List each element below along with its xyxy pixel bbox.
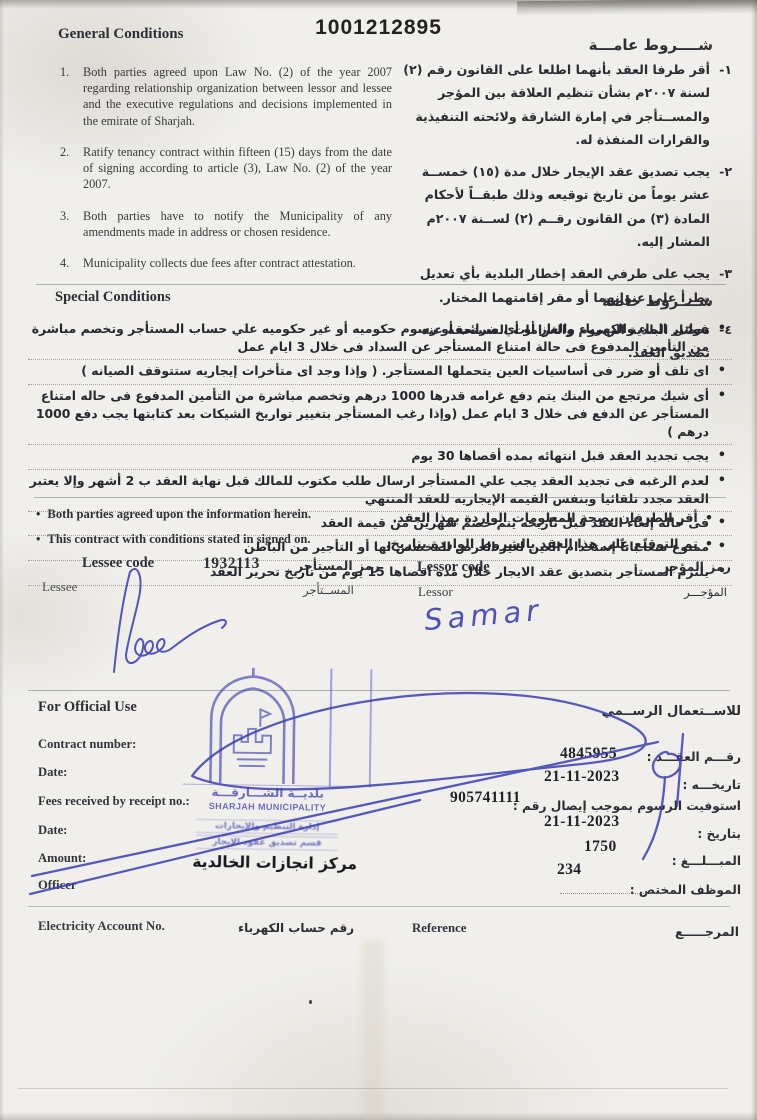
bullet: • xyxy=(716,538,726,557)
special-conditions-title-en: Special Conditions xyxy=(55,289,171,306)
item-number: ١- xyxy=(716,58,732,151)
item-number: ٢- xyxy=(716,160,732,253)
section-divider xyxy=(36,284,726,285)
stamp-service-center-name: مركز انجازات الخالدية xyxy=(184,853,366,874)
special-item: •أى شيك مرتجع من البنك يتم دفع غرامه قدر… xyxy=(28,385,732,445)
bullet: • xyxy=(716,514,726,533)
general-item-en: 4.Municipality collects due fees after c… xyxy=(60,255,392,271)
date2-label-en: Date: xyxy=(38,823,67,838)
amount-value: 1750 xyxy=(584,838,617,856)
fees-receipt-value: 905741111 xyxy=(450,789,521,807)
official-use-title-en: For Official Use xyxy=(38,699,137,716)
item-text: فواتير الماء والكهرباء والغاز أو أي ضرائ… xyxy=(28,320,709,356)
bullet: • xyxy=(716,320,726,356)
statement-ar: •أقر الطرفان بصحة المعلومات الواردة بهذا… xyxy=(386,506,713,532)
municipality-arch-logo-icon xyxy=(193,665,313,787)
statements-ar: •أقر الطرفان بصحة المعلومات الواردة بهذا… xyxy=(386,506,713,558)
officer-dotted-line xyxy=(560,893,668,894)
lessor-label-ar: المؤجـــر xyxy=(684,585,727,599)
amount-label-ar: المبـــلـــغ : xyxy=(672,854,741,868)
scan-edge-left xyxy=(0,0,4,1120)
bullet: • xyxy=(705,506,713,532)
electricity-account-label-en: Electricity Account No. xyxy=(38,919,165,934)
electricity-account-label-ar: رقم حساب الكهرباء xyxy=(238,921,354,935)
scan-faint-line xyxy=(18,1088,728,1089)
official-use-title-ar: للاســتعمال الرســمي xyxy=(602,704,741,719)
statements-en: •Both parties agreed upon the informatio… xyxy=(36,502,311,551)
general-conditions-title-ar: شــــروط عامـــة xyxy=(589,36,713,54)
date-value: 21-11-2023 xyxy=(544,768,619,786)
contract-number-label-en: Contract number: xyxy=(38,737,136,752)
officer-label-en: Officer xyxy=(38,878,76,893)
bullet: • xyxy=(716,472,726,508)
bullet: • xyxy=(705,532,713,558)
general-conditions-list-en: 1.Both parties agreed upon Law No. (2) o… xyxy=(60,64,392,286)
special-item: •يجب تجديد العقد قبل انتهائه بمده أقصاها… xyxy=(28,445,732,470)
fees-receipt-label-en: Fees received by receipt no.: xyxy=(38,794,190,809)
item-number: 3. xyxy=(60,208,74,240)
statement-text: This contract with conditions stated in … xyxy=(47,527,310,552)
date-label-en: Date: xyxy=(38,765,67,780)
item-text: اى تلف أو ضرر فى أساسيات العين يتحملها ا… xyxy=(81,362,709,381)
section-divider xyxy=(34,497,726,498)
item-text: Both parties have to notify the Municipa… xyxy=(83,208,392,240)
stamp-department-line2: قسم تصديق عقود الإيجار xyxy=(196,835,338,851)
statement-en: •This contract with conditions stated in… xyxy=(36,527,311,552)
scan-edge-right xyxy=(751,0,757,1120)
item-text: أقر طرفا العقد بأنهما اطلعا على القانون … xyxy=(392,58,710,151)
lessee-label: Lessee xyxy=(42,579,77,595)
item-number: 1. xyxy=(60,64,74,129)
officer-label-ar: الموظف المختص : xyxy=(630,883,741,897)
item-text: يجب تصديق عقد الإيجار خلال مدة (١٥) خمسـ… xyxy=(392,160,710,253)
general-item-en: 3.Both parties have to notify the Munici… xyxy=(60,208,392,240)
item-text: Both parties agreed upon Law No. (2) of … xyxy=(83,64,392,129)
special-item: •اى تلف أو ضرر فى أساسيات العين يتحملها … xyxy=(28,360,732,385)
statement-text: Both parties agreed upon the information… xyxy=(47,502,311,527)
statement-text: تم التوقيع على هذا العقد بالشروط الواردة… xyxy=(386,532,698,558)
amount-label-en: Amount: xyxy=(38,851,86,866)
lessee-code-label-ar: رمز المستأجر xyxy=(296,558,380,573)
bullet: • xyxy=(716,447,726,466)
lessor-code-label: Lessor code xyxy=(417,559,490,576)
scan-fold-band xyxy=(362,940,384,1120)
bullet: • xyxy=(36,502,40,527)
item-number: 4. xyxy=(60,255,74,271)
bullet: • xyxy=(716,387,726,441)
item-text: أى شيك مرتجع من البنك يتم دفع غرامه قدره… xyxy=(28,387,709,441)
stamp-border-line xyxy=(329,669,333,787)
scanned-tenancy-contract-page: 1001212895 General Conditions شــــروط ع… xyxy=(0,0,757,1120)
contract-number-value: 4845955 xyxy=(560,745,617,763)
general-conditions-title-en: General Conditions xyxy=(58,26,183,43)
contract-number-label-ar: رقـــم العقـــد : xyxy=(647,750,741,764)
reference-label-en: Reference xyxy=(412,921,466,936)
item-text: Ratify tenancy contract within fifteen (… xyxy=(83,144,392,193)
reference-label-ar: المرجـــــع xyxy=(675,924,739,939)
lessor-label: Lessor xyxy=(418,584,453,600)
stamp-border-line xyxy=(369,669,373,787)
date2-value: 21-11-2023 xyxy=(544,813,619,831)
scan-edge-top-right xyxy=(517,0,757,16)
section-divider xyxy=(28,690,730,691)
general-item-en: 2.Ratify tenancy contract within fifteen… xyxy=(60,144,392,193)
officer-value: 234 xyxy=(557,861,581,879)
scan-speck xyxy=(309,1000,312,1004)
lessor-code-label-ar: رمز المؤجر xyxy=(662,559,731,574)
statement-en: •Both parties agreed upon the informatio… xyxy=(36,502,311,527)
stamp-municipality-name-ar: بلديــة الشـــارقـــة xyxy=(183,784,353,801)
general-item-ar: ٢-يجب تصديق عقد الإيجار خلال مدة (١٥) خم… xyxy=(392,160,732,253)
date2-label-ar: بتاريخ : xyxy=(697,827,741,841)
special-item: •فواتير الماء والكهرباء والغاز أو أي ضرا… xyxy=(28,318,732,360)
bullet: • xyxy=(716,362,726,381)
general-item-ar: ١-أقر طرفا العقد بأنهما اطلعا على القانو… xyxy=(392,58,732,151)
bullet: • xyxy=(36,527,40,552)
municipality-stamp: بلديــة الشـــارقـــة SHARJAH MUNICIPALI… xyxy=(182,663,377,876)
lessee-label-ar: المســتأجر xyxy=(303,583,354,597)
item-text: Municipality collects due fees after con… xyxy=(83,255,356,271)
statement-ar: •تم التوقيع على هذا العقد بالشروط الوارد… xyxy=(386,532,713,558)
statement-text: أقر الطرفان بصحة المعلومات الواردة بهذا … xyxy=(392,506,697,532)
stamp-municipality-name-en: SHARJAH MUNICIPALITY xyxy=(182,801,352,813)
general-item-en: 1.Both parties agreed upon Law No. (2) o… xyxy=(60,64,392,129)
stamp-department-line1: إدارة التنظيم والإيجارات xyxy=(196,819,338,835)
special-conditions-title-ar: شــــروط خاصة xyxy=(602,294,713,310)
item-number: 2. xyxy=(60,144,74,193)
date-label-ar: تاريخـــه : xyxy=(682,778,741,792)
item-number: ٣- xyxy=(716,262,732,309)
item-text: يجب تجديد العقد قبل انتهائه بمده أقصاها … xyxy=(411,447,709,466)
section-divider xyxy=(28,906,730,907)
fees-receipt-label-ar: استوفيت الرسوم بموجب إيصال رقم : xyxy=(513,799,741,813)
